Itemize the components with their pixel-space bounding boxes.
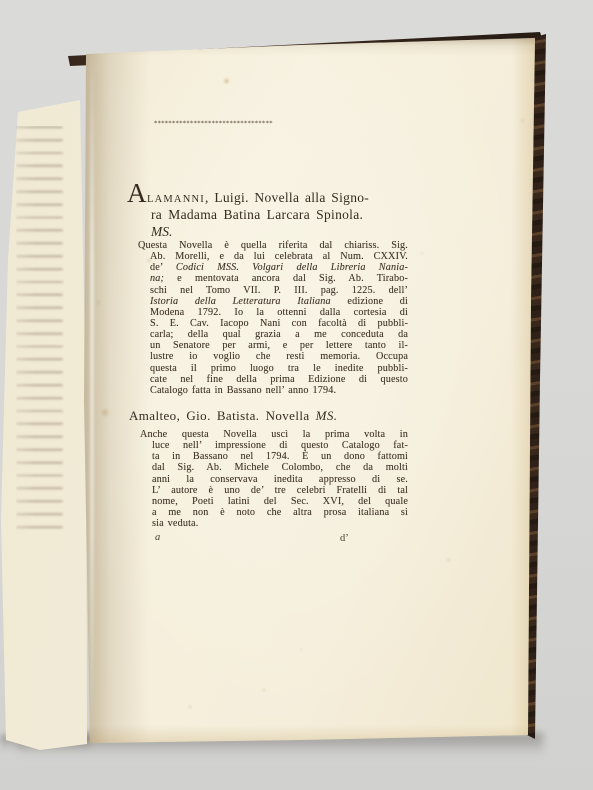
- body-line: carla; della qual grazia a me conceduta …: [150, 329, 408, 340]
- body-line: nome, Poeti latini del Sec. XVI, del qua…: [152, 496, 408, 507]
- entry-body-paragraph: Anche questa Novella uscì la prima volta…: [152, 429, 408, 529]
- foxing-spot: [446, 558, 451, 562]
- body-line: Questa Novella è quella riferita dal chi…: [138, 240, 408, 251]
- body-line: S. E. Cav. Iacopo Nani con facoltà di pu…: [150, 318, 408, 329]
- body-line: dal Sig. Ab. Michele Colombo, che da mol…: [152, 462, 408, 473]
- heading-rest: , Luigi. Novella alla Signo-: [205, 190, 369, 205]
- body-line: de’ Codici MSS. Volgari della Libreria N…: [150, 262, 408, 273]
- foxing-spot: [262, 688, 266, 692]
- heading-small-caps: LAMANNI: [147, 194, 205, 205]
- body-line: Modena 1792. Io la ottenni dalla cortesi…: [150, 307, 408, 318]
- signature-mark: a: [155, 531, 160, 544]
- heading-initial: A: [127, 178, 147, 208]
- entry-heading-line1: ALAMANNI, Luigi. Novella alla Signo-: [127, 180, 417, 207]
- foxing-spot: [520, 118, 525, 123]
- printer-ornament-row: *********************************: [154, 119, 354, 131]
- printed-page-content: ********************************* ALAMAN…: [0, 0, 593, 790]
- body-line: na; e mentovata ancora dal Sig. Ab. Tira…: [150, 273, 408, 284]
- body-line: Catalogo fatta in Bassano nell’ anno 179…: [150, 385, 408, 396]
- body-line: Ab. Morelli, e da lui celebrata al Num. …: [150, 251, 408, 262]
- catchword: d’: [340, 532, 349, 545]
- entry-body-paragraph: Questa Novella è quella riferita dal chi…: [150, 240, 408, 396]
- body-line: anni la conservava inedita appresso di s…: [152, 474, 408, 485]
- body-line: un Senatore per armi, e per lettere tant…: [150, 340, 408, 351]
- body-line: lustre io voglio che resti memoria. Occu…: [150, 351, 408, 362]
- body-line: Istoria della Letteratura Italiana edizi…: [150, 296, 408, 307]
- foxing-spot: [100, 408, 110, 417]
- entry-heading: Amalteo, Gio. Batista. Novella MS.: [129, 407, 419, 425]
- foxing-spot: [300, 648, 303, 651]
- body-line: a me non è noto che altra prosa italiana…: [152, 507, 408, 518]
- body-line: luce nell’ impressione di questo Catalog…: [152, 440, 408, 451]
- body-line: ta in Bassano nel 1794. È un dono fattom…: [152, 451, 408, 462]
- foxing-spot: [96, 300, 101, 305]
- body-line: schi nel Tomo VII. P. III. pag. 1225. de…: [150, 285, 408, 296]
- body-line: L’ autore è uno de’ tre celebri Fratelli…: [152, 485, 408, 496]
- body-line: questa il primo luogo tra le inedite pub…: [150, 363, 408, 374]
- body-line: cate nel fine della prima Edizione di qu…: [150, 374, 408, 385]
- body-line: sia veduta.: [152, 518, 408, 529]
- entry-heading-line2: ra Madama Batina Larcara Spinola.: [151, 206, 431, 224]
- foxing-spot: [223, 78, 230, 84]
- foxing-spot: [188, 705, 192, 709]
- entry-heading-ms: MS.: [151, 224, 172, 240]
- body-line: Anche questa Novella uscì la prima volta…: [140, 429, 408, 440]
- foxing-spot: [146, 258, 152, 263]
- foxing-spot: [420, 252, 424, 255]
